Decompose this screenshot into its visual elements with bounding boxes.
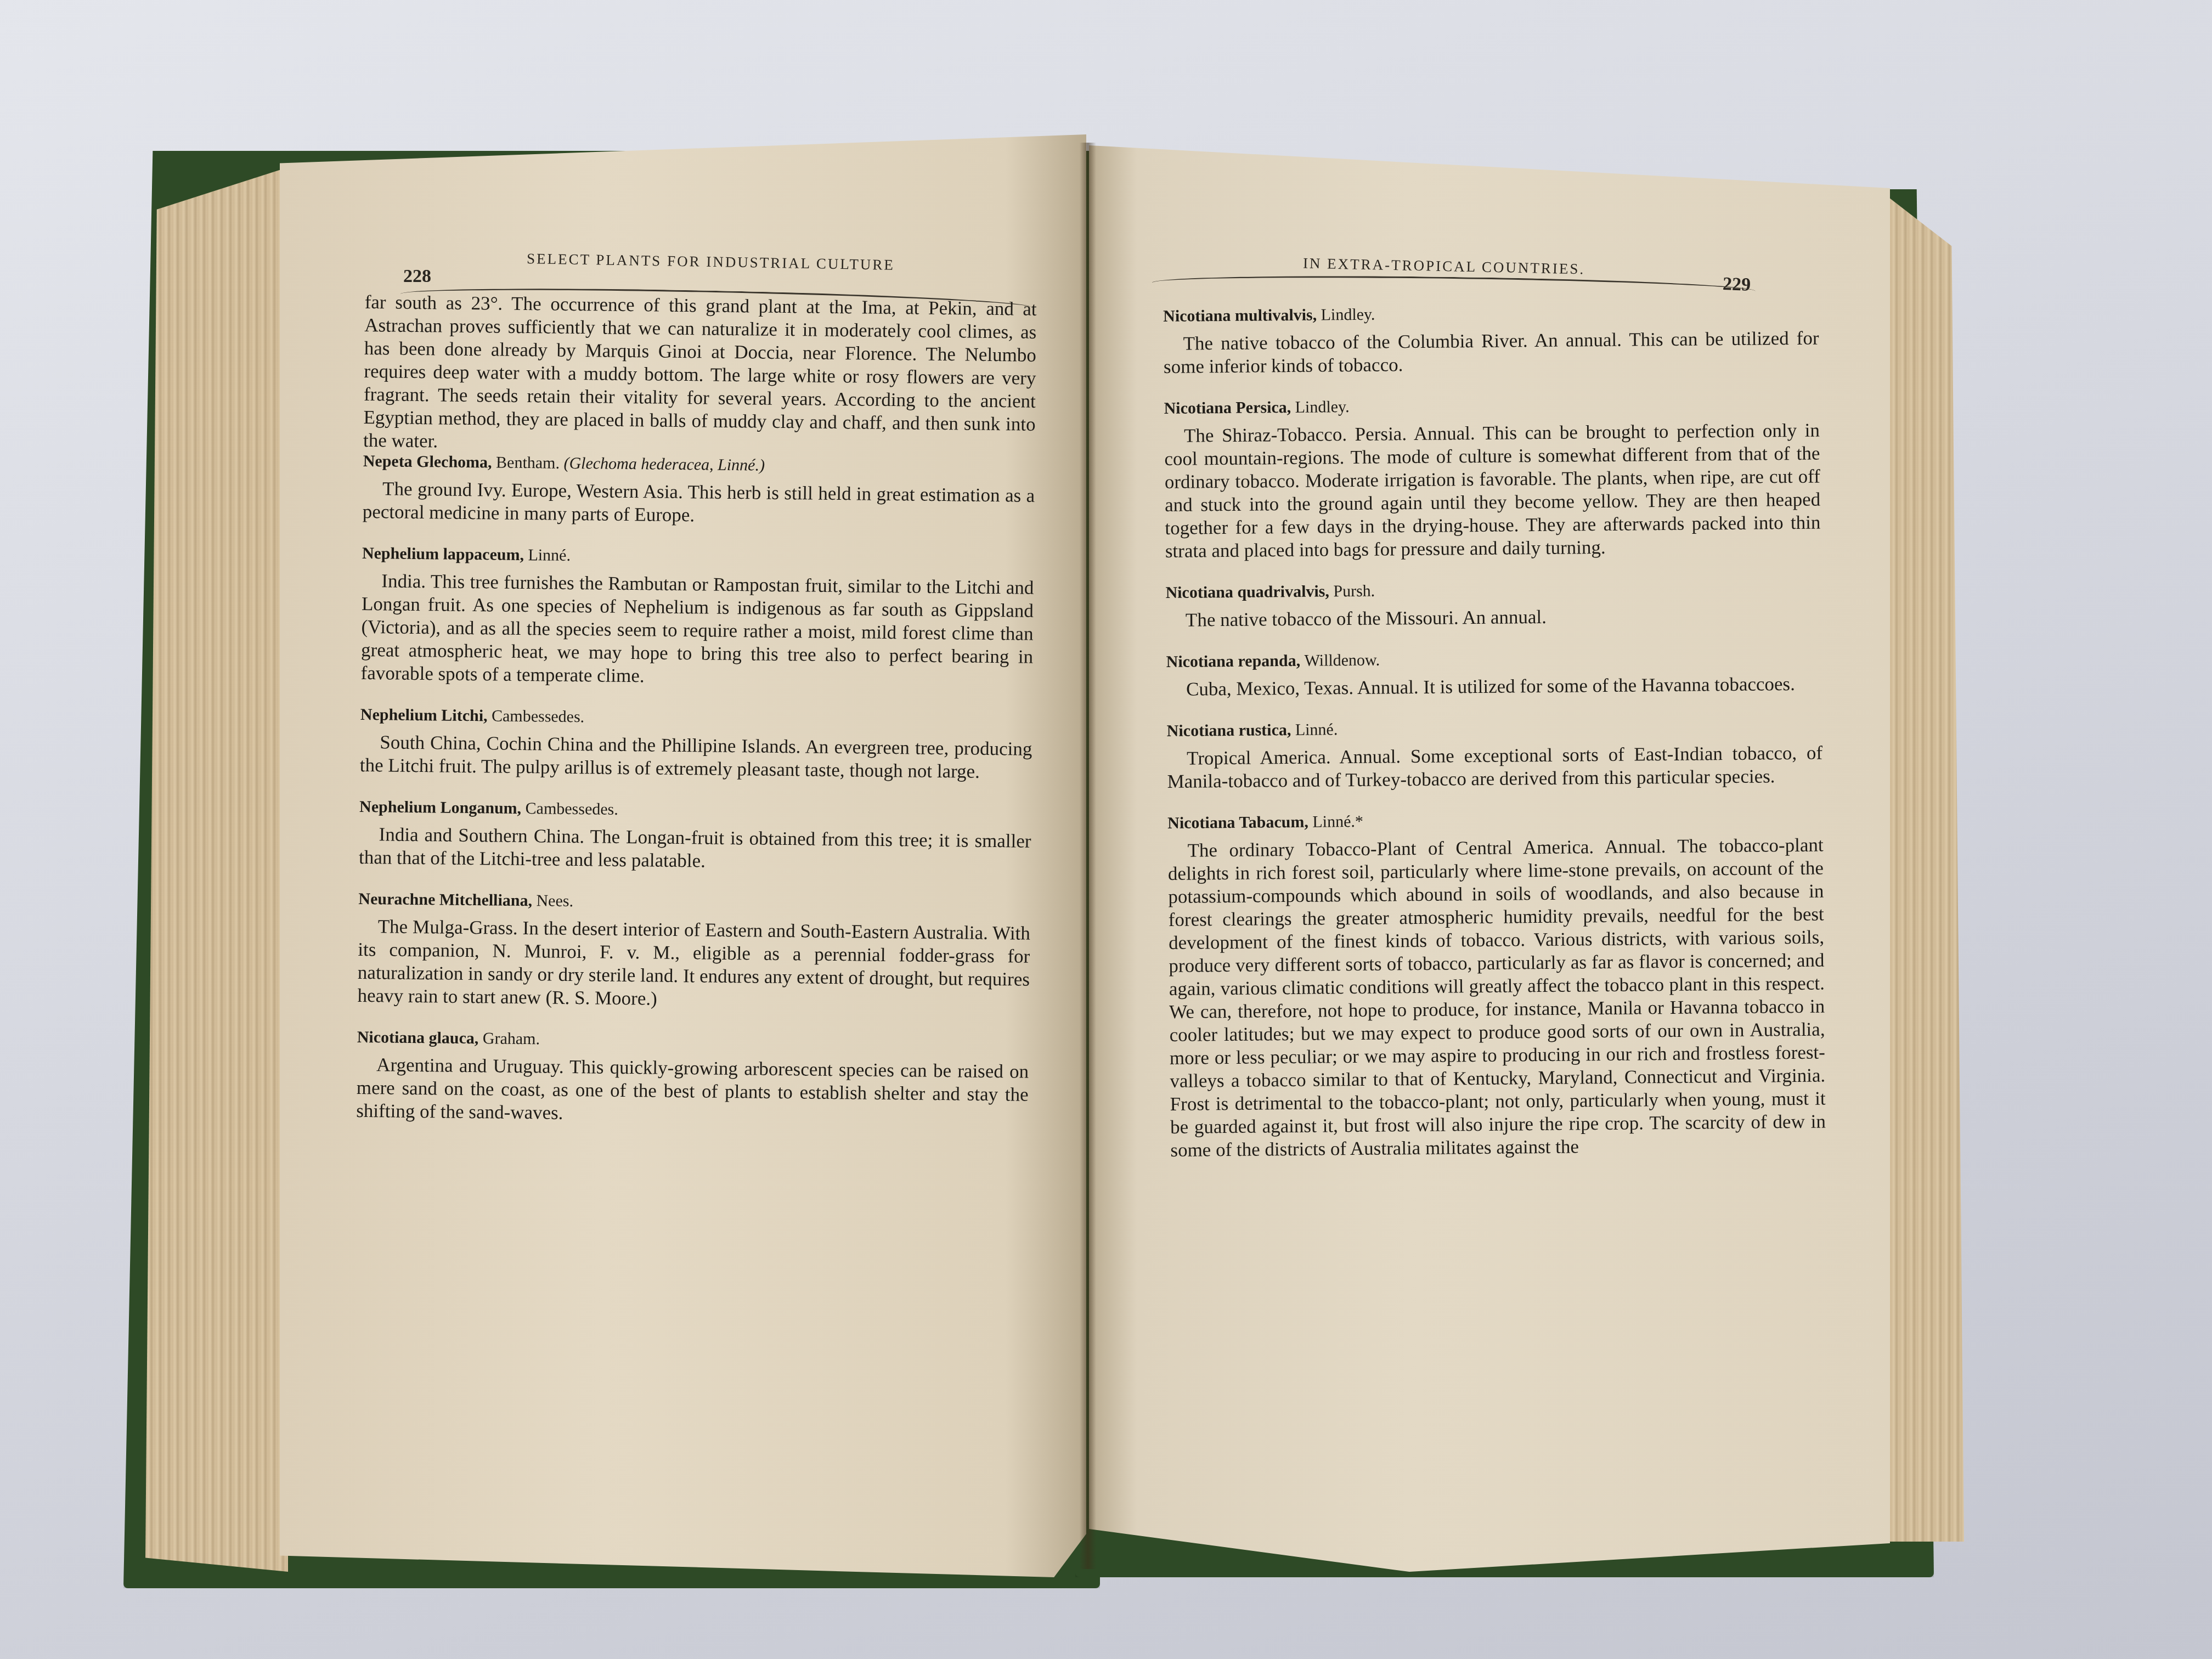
entry-nicotiana-glauca: Nicotiana glauca, Graham. Argentina and … (356, 1028, 1029, 1130)
entry-title: Nicotiana glauca, Graham. (357, 1028, 1029, 1054)
entry-text: Tropical America. Annual. Some exception… (1167, 742, 1823, 793)
entry-title: Nicotiana Persica, Lindley. (1164, 394, 1819, 418)
entry-nicotiana-persica: Nicotiana Persica, Lindley. The Shiraz-T… (1164, 394, 1821, 563)
entry-nephelium-litchi: Nephelium Litchi, Cambessedes. South Chi… (360, 706, 1032, 784)
entry-title: Nephelium Litchi, Cambessedes. (360, 706, 1032, 731)
entry-text: The Shiraz-Tobacco. Persia. Annual. This… (1164, 419, 1821, 563)
left-page-text: far south as 23°. The occurrence of this… (356, 291, 1037, 1150)
entry-text: Cuba, Mexico, Texas. Annual. It is utili… (1166, 673, 1822, 701)
entry-neurachne-mitchelliana: Neurachne Mitchelliana, Nees. The Mulga-… (357, 890, 1030, 1014)
book-gutter (1080, 143, 1096, 1569)
entry-text: India and Southern China. The Longan-fru… (359, 823, 1031, 876)
right-page-text: Nicotiana multivalvis, Lindley. The nati… (1163, 302, 1826, 1183)
entry-nepeta-glechoma: Nepeta Glechoma, Bentham. (Glechoma hede… (363, 452, 1035, 531)
entry-text: The ground Ivy. Europe, Western Asia. Th… (363, 477, 1035, 531)
entry-text: South China, Cochin China and the Philli… (360, 731, 1032, 784)
entry-title: Nicotiana quadrivalvis, Pursh. (1165, 578, 1821, 602)
page-stack-left (145, 167, 288, 1572)
entry-text: The ordinary Tobacco-Plant of Central Am… (1167, 834, 1826, 1162)
entry-nicotiana-rustica: Nicotiana rustica, Linné. Tropical Ameri… (1167, 716, 1823, 793)
entry-text: The Mulga-Grass. In the desert interior … (357, 915, 1030, 1014)
entry-text: The native tobacco of the Columbia River… (1163, 327, 1819, 379)
entry-nephelium-lappaceum: Nephelium lappaceum, Linné. India. This … (360, 544, 1034, 692)
entry-title: Nicotiana Tabacum, Linné.* (1167, 809, 1823, 833)
entry-nicotiana-repanda: Nicotiana repanda, Willdenow. Cuba, Mexi… (1166, 647, 1822, 701)
continuation-paragraph: far south as 23°. The occurrence of this… (363, 291, 1037, 459)
entry-title: Nephelium lappaceum, Linné. (362, 544, 1034, 570)
entry-title: Nicotiana rustica, Linné. (1167, 716, 1822, 741)
entry-nicotiana-multivalvis: Nicotiana multivalvis, Lindley. The nati… (1163, 302, 1819, 379)
entry-nicotiana-tabacum: Nicotiana Tabacum, Linné.* The ordinary … (1167, 809, 1826, 1162)
entry-text: Argentina and Uruguay. This quickly-grow… (356, 1053, 1029, 1130)
entry-title: Nephelium Longanum, Cambessedes. (359, 798, 1031, 823)
photo-scene: 228 SELECT PLANTS FOR INDUSTRIAL CULTURE… (0, 0, 2212, 1659)
entry-title: Neurachne Mitchelliana, Nees. (358, 890, 1030, 916)
entry-text: India. This tree furnishes the Rambutan … (360, 569, 1034, 692)
left-page-number: 228 (403, 266, 431, 287)
entry-title: Nicotiana repanda, Willdenow. (1166, 647, 1821, 672)
page-stack-right (1882, 192, 1964, 1542)
entry-text: The native tobacco of the Missouri. An a… (1166, 603, 1821, 632)
entry-nephelium-longanum: Nephelium Longanum, Cambessedes. India a… (359, 798, 1031, 876)
entry-nicotiana-quadrivalvis: Nicotiana quadrivalvis, Pursh. The nativ… (1165, 578, 1821, 632)
